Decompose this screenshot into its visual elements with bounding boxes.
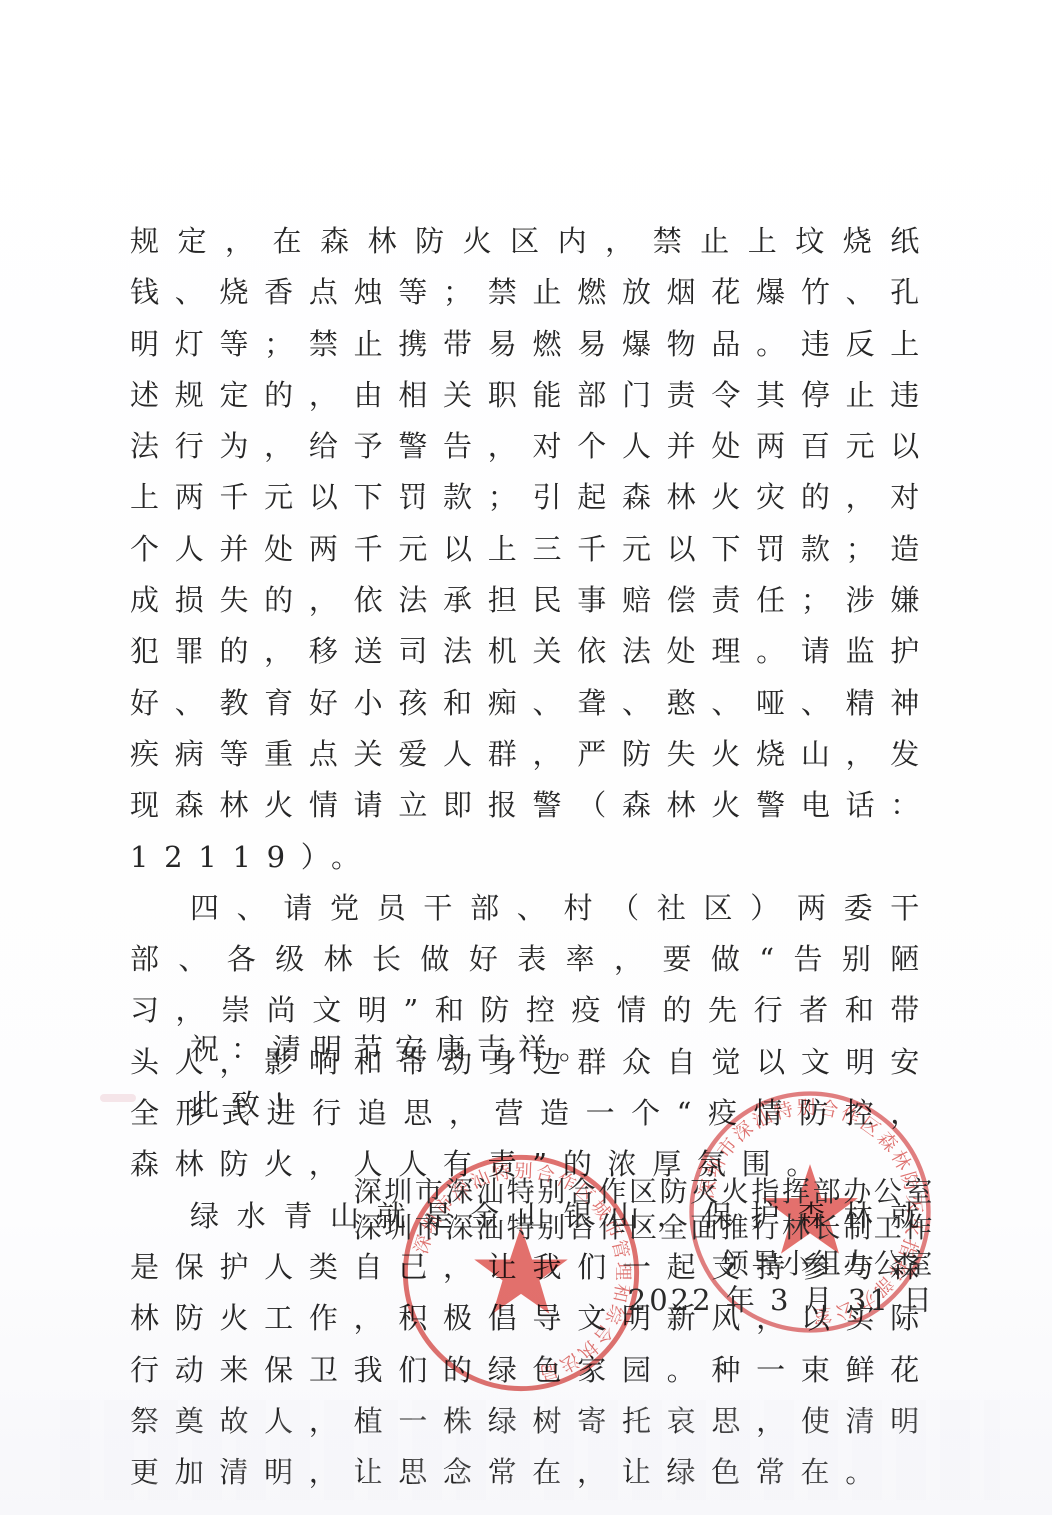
ink-smudge: [100, 1094, 136, 1102]
signature-org-2-line-1: 深圳市深汕特别合作区全面推行林长制工作: [354, 1210, 935, 1246]
signature-org-2-line-2: 领导小组办公室: [354, 1246, 935, 1282]
signature-block: 深圳市深汕特别合作区防灭火指挥部办公室 深圳市深汕特别合作区全面推行林长制工作 …: [354, 1174, 935, 1318]
document-page: 规定，在森林防火区内，禁止上坟烧纸钱、烧香点烛等；禁止燃放烟花爆竹、孔明灯等；禁…: [0, 0, 1052, 1515]
closing-salutation: 此致！: [190, 1085, 313, 1125]
paragraph-fire-regulations: 规定，在森林防火区内，禁止上坟烧纸钱、烧香点烛等；禁止燃放烟花爆竹、孔明灯等；禁…: [130, 216, 935, 883]
signature-date: 2022 年 3 月 31 日: [354, 1282, 935, 1318]
closing-greeting: 祝：清明节安康吉祥。: [190, 1029, 600, 1069]
paper-show-through: [60, 1400, 1000, 1500]
signature-org-1: 深圳市深汕特别合作区防灭火指挥部办公室: [354, 1174, 935, 1210]
